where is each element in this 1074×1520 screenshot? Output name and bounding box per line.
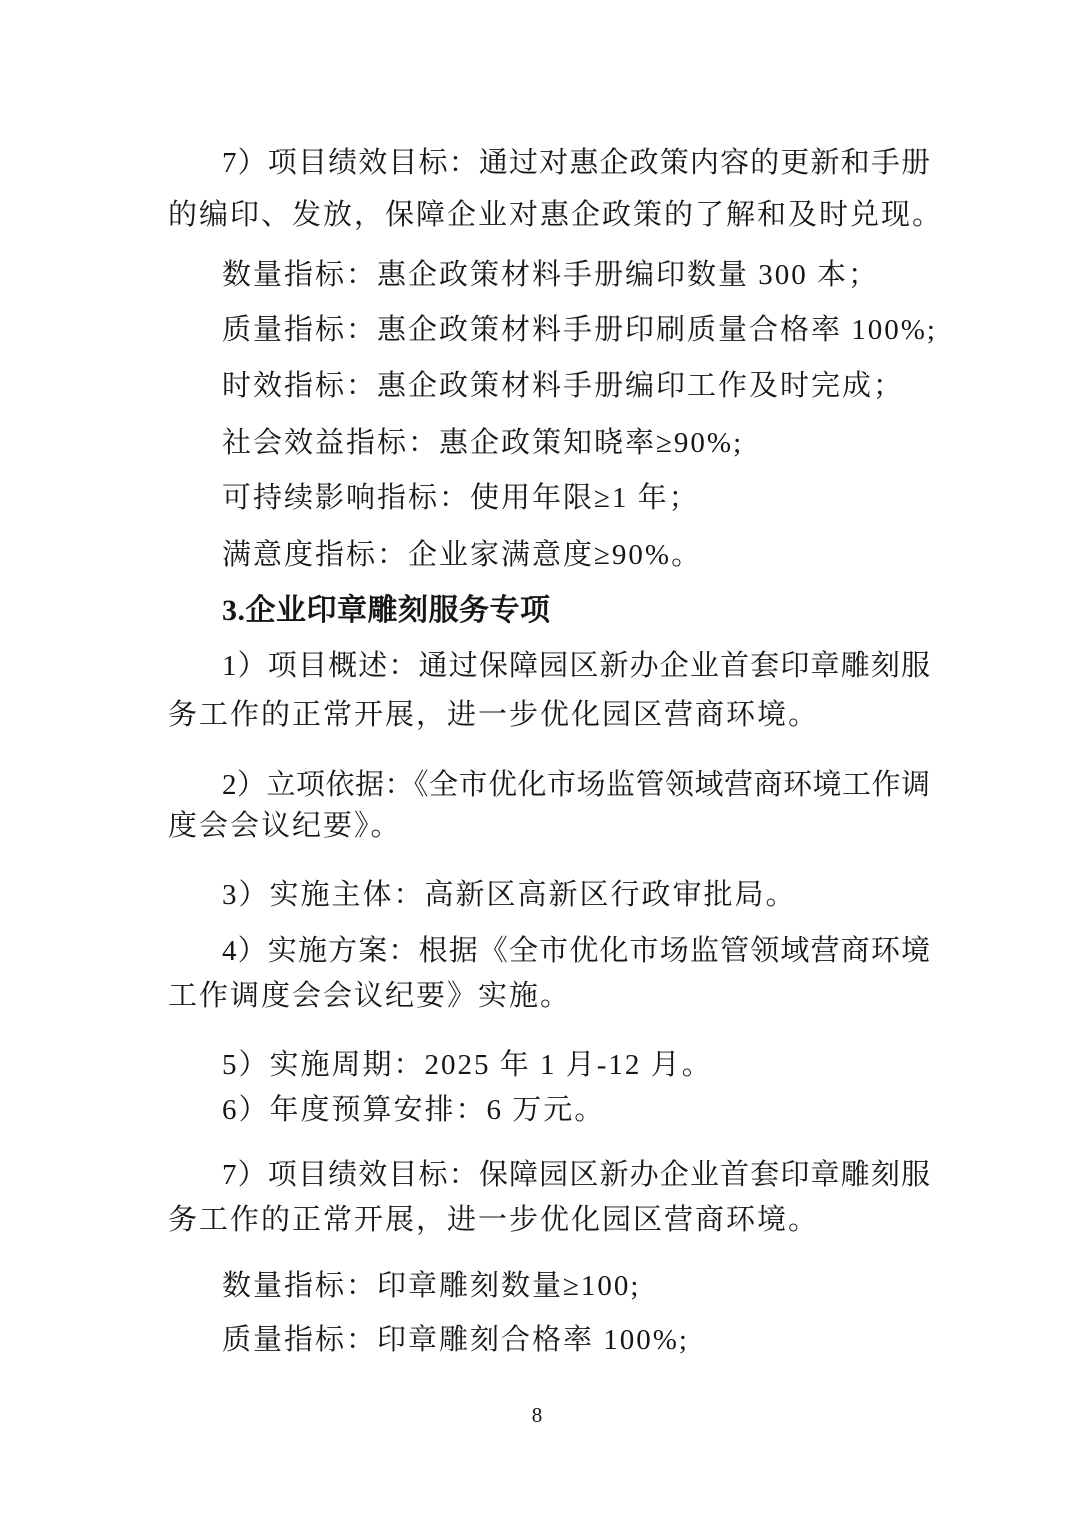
- indicator2-quantity: 数量指标：印章雕刻数量≥100;: [222, 1266, 640, 1306]
- para-3-implementer: 3）实施主体：高新区高新区行政审批局。: [222, 875, 797, 915]
- para-4-plan-line-2: 工作调度会会议纪要》实施。: [168, 976, 571, 1016]
- para-1-overview-line-2: 务工作的正常开展，进一步优化园区营商环境。: [168, 695, 819, 735]
- indicator-quantity: 数量指标：惠企政策材料手册编印数量 300 本；: [222, 255, 879, 295]
- para-1-overview-line-1: 1）项目概述：通过保障园区新办企业首套印章雕刻服: [222, 646, 930, 686]
- indicator2-quality: 质量指标：印章雕刻合格率 100%;: [222, 1320, 689, 1360]
- page-number: 8: [0, 1402, 1074, 1428]
- para-4-plan-line-1: 4）实施方案：根据《全市优化市场监管领域营商环境: [222, 931, 930, 971]
- indicator-social-benefit: 社会效益指标：惠企政策知晓率≥90%;: [222, 423, 743, 463]
- para-7-perf-goal2-line-1: 7）项目绩效目标：保障园区新办企业首套印章雕刻服: [222, 1155, 930, 1195]
- section-3-heading: 3.企业印章雕刻服务专项: [222, 591, 551, 631]
- para-2-basis-line-2: 度会会议纪要》。: [168, 806, 402, 846]
- para-7-perf-goal2-line-2: 务工作的正常开展，进一步优化园区营商环境。: [168, 1200, 819, 1240]
- indicator-quality: 质量指标：惠企政策材料手册印刷质量合格率 100%;: [222, 310, 937, 350]
- para-2-basis-line-1: 2）立项依据：《全市优化市场监管领域营商环境工作调: [222, 765, 930, 805]
- para-5-period: 5）实施周期：2025 年 1 月-12 月。: [222, 1045, 713, 1085]
- indicator-satisfaction: 满意度指标：企业家满意度≥90%。: [222, 535, 702, 575]
- document-page: 7）项目绩效目标：通过对惠企政策内容的更新和手册 的编印、发放，保障企业对惠企政…: [0, 0, 1074, 1520]
- para-7-perf-goal-line-2: 的编印、发放，保障企业对惠企政策的了解和及时兑现。: [168, 195, 943, 235]
- indicator-sustainability: 可持续影响指标：使用年限≥1 年；: [222, 478, 700, 518]
- indicator-timeliness: 时效指标：惠企政策材料手册编印工作及时完成；: [222, 366, 904, 406]
- para-6-budget: 6）年度预算安排：6 万元。: [222, 1090, 605, 1130]
- para-7-perf-goal-line-1: 7）项目绩效目标：通过对惠企政策内容的更新和手册: [222, 143, 930, 183]
